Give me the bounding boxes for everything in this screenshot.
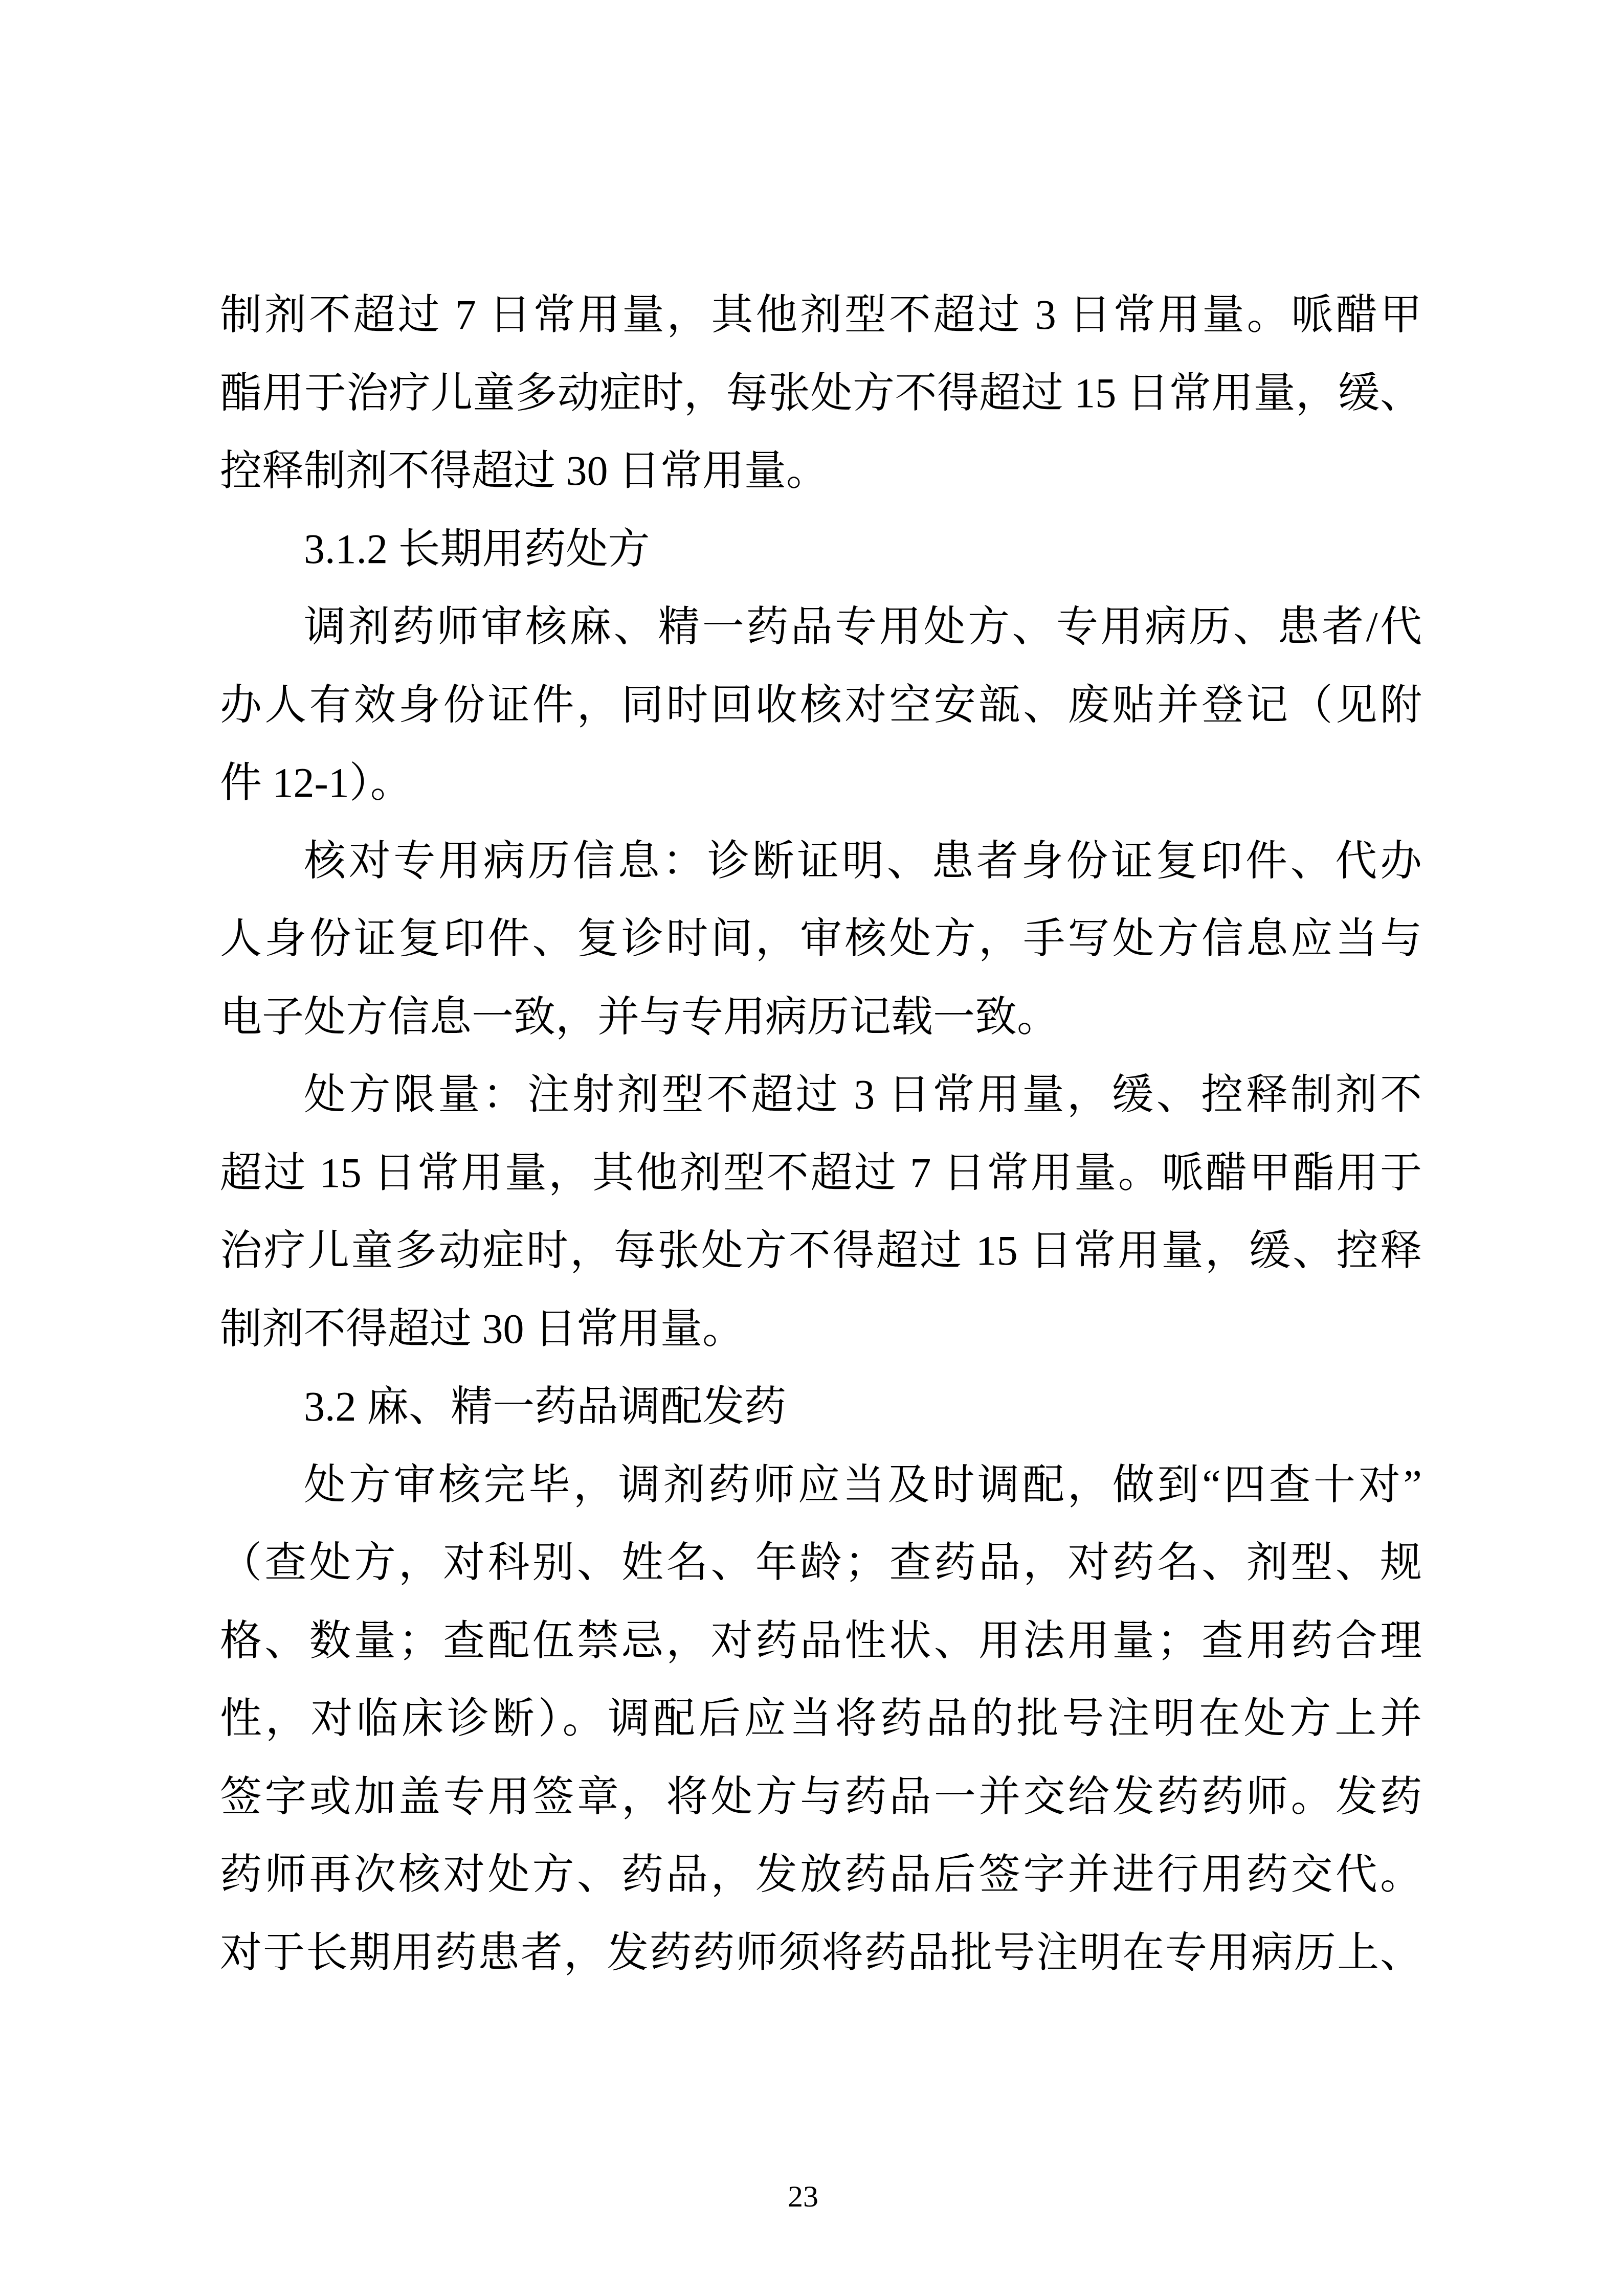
text-line: 3.1.2 长期用药处方 xyxy=(220,510,1422,589)
text-line: 电子处方信息一致，并与专用病历记载一致。 xyxy=(220,978,1422,1056)
text-line: 调剂药师审核麻、精一药品专用处方、专用病历、患者/代 xyxy=(220,588,1422,666)
text-line: 核对专用病历信息：诊断证明、患者身份证复印件、代办 xyxy=(220,822,1422,901)
text-line: 处方审核完毕，调剂药师应当及时调配，做到“四查十对” xyxy=(220,1446,1422,1524)
body-text: 制剂不超过 7 日常用量，其他剂型不超过 3 日常用量。哌醋甲酯用于治疗儿童多动… xyxy=(220,276,1422,1992)
text-line: 处方限量：注射剂型不超过 3 日常用量，缓、控释制剂不 xyxy=(220,1056,1422,1134)
text-line: 3.2 麻、精一药品调配发药 xyxy=(220,1368,1422,1446)
text-line: 人身份证复印件、复诊时间，审核处方，手写处方信息应当与 xyxy=(220,900,1422,978)
text-line: 件 12-1）。 xyxy=(220,744,1422,822)
page-number: 23 xyxy=(0,2179,1606,2213)
text-line: 控释制剂不得超过 30 日常用量。 xyxy=(220,432,1422,510)
text-line: （查处方，对科别、姓名、年龄；查药品，对药名、剂型、规 xyxy=(220,1524,1422,1602)
text-line: 治疗儿童多动症时，每张处方不得超过 15 日常用量，缓、控释 xyxy=(220,1212,1422,1290)
text-line: 格、数量；查配伍禁忌，对药品性状、用法用量；查用药合理 xyxy=(220,1602,1422,1680)
text-line: 性，对临床诊断）。调配后应当将药品的批号注明在处方上并 xyxy=(220,1680,1422,1758)
text-line: 办人有效身份证件，同时回收核对空安瓿、废贴并登记（见附 xyxy=(220,666,1422,745)
text-line: 药师再次核对处方、药品，发放药品后签字并进行用药交代。 xyxy=(220,1836,1422,1914)
text-line: 签字或加盖专用签章，将处方与药品一并交给发药药师。发药 xyxy=(220,1758,1422,1836)
text-line: 超过 15 日常用量，其他剂型不超过 7 日常用量。哌醋甲酯用于 xyxy=(220,1134,1422,1212)
text-line: 对于长期用药患者，发药药师须将药品批号注明在专用病历上、 xyxy=(220,1914,1422,1992)
text-line: 制剂不得超过 30 日常用量。 xyxy=(220,1290,1422,1368)
text-line: 酯用于治疗儿童多动症时，每张处方不得超过 15 日常用量，缓、 xyxy=(220,354,1422,433)
document-page: 制剂不超过 7 日常用量，其他剂型不超过 3 日常用量。哌醋甲酯用于治疗儿童多动… xyxy=(0,0,1624,2296)
text-line: 制剂不超过 7 日常用量，其他剂型不超过 3 日常用量。哌醋甲 xyxy=(220,276,1422,354)
